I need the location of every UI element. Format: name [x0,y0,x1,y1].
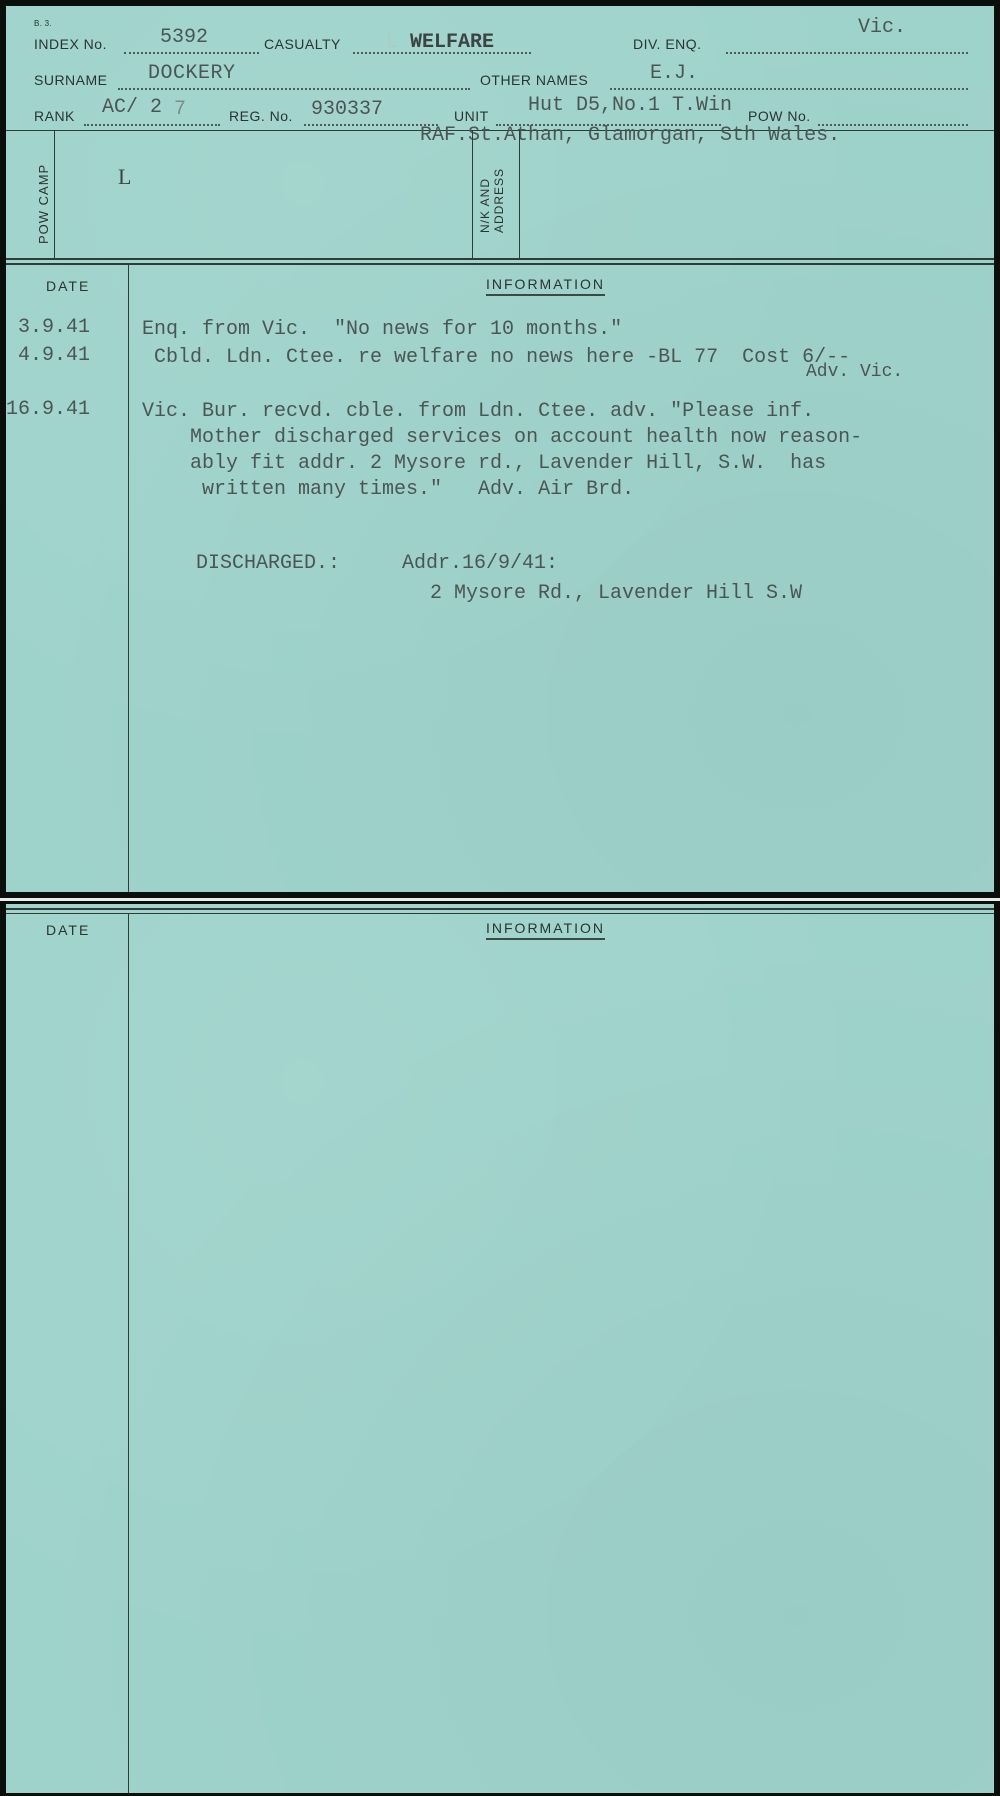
casualty-value: WELFARE [410,31,494,54]
discharged-address: 2 Mysore Rd., Lavender Hill S.W [430,582,802,605]
nk-address-label: N/K AND ADDRESS [478,168,506,233]
unit-value-continued: RAF.St.Athan, Glamorgan, Sth Wales. [420,124,840,147]
back-date-header: DATE [46,922,90,938]
double-rule-top [6,258,994,260]
casualty-label: CASUALTY [264,36,341,52]
rank-overstrike: 7 [174,98,186,121]
nk-address-left-divider [472,130,473,258]
log-text: Cbld. Ldn. Ctee. re welfare no news here… [142,346,850,369]
log-date: 3.9.41 [18,316,90,339]
log-annotation: Adv. Vic. [806,362,903,382]
log-date: 4.9.41 [18,344,90,367]
reg-no-label: REG. No. [229,108,293,124]
nk-address-right-divider [519,130,520,258]
reg-no-value: 930337 [311,98,383,121]
back-top-rule-inner [6,913,994,914]
pow-camp-handwritten-mark: L [118,164,131,190]
surname-label: SURNAME [34,72,108,88]
date-column-divider [128,265,129,892]
card-separator [0,898,1000,901]
rank-label: RANK [34,108,75,124]
rank-dotted-line [84,124,220,126]
pow-camp-label: POW CAMP [36,164,51,244]
other-names-value: E.J. [650,62,698,85]
unit-label: UNIT [454,108,489,124]
date-header: DATE [46,278,90,294]
log-date: 16.9.41 [6,398,90,421]
log-text: Vic. Bur. recvd. cble. from Ldn. Ctee. a… [142,400,814,423]
surname-value: DOCKERY [148,62,236,85]
discharged-label: DISCHARGED.: [196,552,340,575]
div-enq-dotted-line [726,52,968,54]
reg-no-dotted-line [304,124,438,126]
double-rule-bottom [6,263,994,265]
log-text: Mother discharged services on account he… [142,426,862,449]
rank-value: AC/ 2 [102,96,162,119]
back-information-header: INFORMATION [486,920,605,940]
back-top-rule [6,908,994,910]
form-code: B. 3. [34,19,52,28]
log-text: written many times." Adv. Air Brd. [142,478,634,501]
log-text: Enq. from Vic. "No news for 10 months." [142,318,622,341]
index-card-back: DATE INFORMATION [6,904,994,1793]
index-value: 5392 [160,26,208,49]
casualty-struck-mark: L [386,31,398,54]
other-names-dotted-line [610,88,968,90]
surname-dotted-line [118,88,470,90]
pow-camp-divider [54,130,55,258]
unit-value: Hut D5,No.1 T.Win [528,94,732,117]
index-dotted-line [124,52,259,54]
other-names-label: OTHER NAMES [480,72,588,88]
discharged-address-date: Addr.16/9/41: [402,552,558,575]
div-enq-label: DIV. ENQ. [633,36,702,52]
index-label: INDEX No. [34,36,107,52]
log-text: ably fit addr. 2 Mysore rd., Lavender Hi… [142,452,826,475]
index-card-front: B. 3. INDEX No. 5392 CASUALTY L WELFARE … [6,6,994,892]
information-header: INFORMATION [486,276,605,296]
pow-no-label: POW No. [748,108,811,124]
div-enq-value: Vic. [858,16,906,39]
pow-no-dotted-line [818,124,968,126]
back-date-column-divider [128,914,129,1793]
